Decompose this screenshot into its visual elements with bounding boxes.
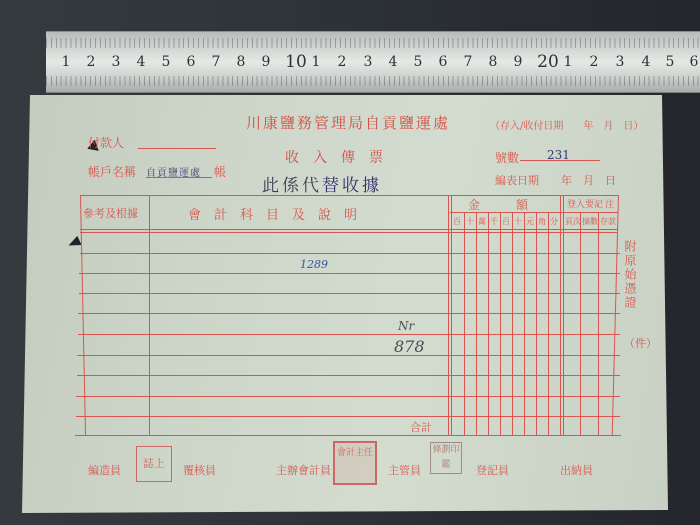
ruler-number: 3 bbox=[104, 54, 128, 70]
col-divider-amount bbox=[560, 195, 561, 435]
handwritten-entry: 1289 bbox=[300, 258, 328, 271]
amount-unit: 分 bbox=[550, 216, 558, 227]
ruler-ticks-top bbox=[46, 38, 700, 48]
ruler-number: 6 bbox=[179, 54, 203, 70]
ruler-number: 7 bbox=[456, 54, 480, 70]
col-divider-desc bbox=[448, 195, 449, 435]
table-row-line bbox=[79, 293, 620, 294]
maker-seal: 誌上 bbox=[136, 446, 172, 482]
ruler-number: 1 bbox=[556, 54, 580, 70]
ruler-number: 5 bbox=[658, 54, 682, 70]
handwritten-entry: Nr bbox=[398, 319, 414, 333]
ruler-number: 1 bbox=[54, 54, 78, 70]
post-subheader: 頁次 bbox=[565, 216, 581, 227]
account-label: 帳戶名稱 bbox=[88, 163, 136, 180]
amount-unit: 千 bbox=[490, 216, 498, 227]
table-row-line bbox=[78, 313, 620, 314]
ruler-number: 3 bbox=[608, 54, 632, 70]
amount-unit: 百 bbox=[502, 216, 510, 227]
col-divider-amount-double bbox=[563, 195, 564, 435]
ruler-number: 2 bbox=[582, 54, 606, 70]
serial-label: 號數 bbox=[495, 149, 519, 166]
ruler-number: 3 bbox=[356, 54, 380, 70]
table-row-line bbox=[76, 396, 620, 397]
amount-digit-line bbox=[488, 212, 489, 435]
issuer-name: 川康鹽務管理局自貢鹽運處 bbox=[246, 112, 450, 133]
voucher-table: 參考及根據 會 計 科 目 及 說 明 金 額 百 十 萬 千 百 十 元 角 … bbox=[80, 195, 620, 435]
amount-digit-line bbox=[512, 212, 513, 435]
table-row-line bbox=[76, 416, 620, 417]
amount-unit: 百 bbox=[453, 216, 461, 227]
ruler-number: 8 bbox=[229, 54, 253, 70]
table-border-left bbox=[80, 195, 86, 435]
amount-digit-line bbox=[464, 212, 465, 435]
post-subheader: 摘數 bbox=[582, 216, 598, 227]
cashier-label: 出納員 bbox=[560, 462, 593, 478]
steel-ruler: 1 2 3 4 5 6 7 8 9 10 1 2 3 4 5 6 7 8 9 2… bbox=[46, 31, 700, 93]
maker-label: 編造員 bbox=[88, 462, 121, 478]
amount-unit: 元 bbox=[526, 216, 534, 227]
table-border-bottom bbox=[75, 435, 621, 436]
ruler-number: 8 bbox=[481, 54, 505, 70]
ruler-number: 2 bbox=[79, 54, 103, 70]
payer-label: 付款人 bbox=[88, 134, 124, 151]
col-header-amount: 金 額 bbox=[468, 196, 528, 213]
amount-unit: 角 bbox=[538, 216, 546, 227]
attachments-note: 附原始憑證 bbox=[622, 240, 639, 310]
post-subheader: 存款 bbox=[600, 216, 616, 227]
ruler-number: 6 bbox=[431, 54, 455, 70]
amount-unit: 十 bbox=[514, 216, 522, 227]
amount-unit: 十 bbox=[466, 216, 474, 227]
amount-unit: 萬 bbox=[478, 216, 486, 227]
amount-digit-line bbox=[500, 212, 501, 435]
fill-date-label: （存入/收付日期 年 月 日） bbox=[490, 117, 643, 132]
table-row-line bbox=[79, 273, 620, 274]
supervisor-seal: 條劃印鑑 bbox=[430, 442, 462, 474]
ruler-number: 9 bbox=[506, 54, 530, 70]
col-header-desc: 會 計 科 目 及 說 明 bbox=[188, 204, 357, 223]
accountant-label: 主辦會計員 bbox=[276, 462, 331, 478]
stamp-text-part1: 此係代 bbox=[262, 176, 322, 196]
table-border-top bbox=[80, 195, 618, 196]
table-row-line bbox=[78, 334, 620, 335]
col-divider-ref bbox=[149, 195, 150, 435]
total-label: 合計 bbox=[410, 419, 432, 435]
account-field-line bbox=[146, 177, 212, 178]
table-row-line bbox=[77, 375, 620, 376]
ruler-number: 5 bbox=[154, 54, 178, 70]
attachments-unit: （件） bbox=[624, 335, 657, 351]
amount-digit-line bbox=[548, 212, 549, 435]
amount-digit-line bbox=[476, 212, 477, 435]
ruler-number: 9 bbox=[254, 54, 278, 70]
ruler-number: 6 bbox=[682, 54, 700, 70]
table-row-line bbox=[77, 355, 620, 356]
ruler-number: 4 bbox=[381, 54, 405, 70]
made-date-label: 編表日期 年 月 日 bbox=[495, 172, 616, 188]
post-sub-line bbox=[598, 212, 599, 435]
ruler-number: 4 bbox=[634, 54, 658, 70]
supervisor-label: 主管員 bbox=[388, 462, 421, 478]
form-title: 收入傳票 bbox=[285, 147, 397, 167]
ruler-number: 7 bbox=[204, 54, 228, 70]
col-header-note: 注 bbox=[605, 197, 614, 210]
post-sub-line bbox=[580, 212, 581, 435]
table-header-divider-double bbox=[80, 232, 618, 233]
table-header-divider bbox=[80, 229, 618, 230]
bookkeeper-label: 登記員 bbox=[476, 462, 509, 478]
substitute-receipt-stamp: 此係代替收據 bbox=[262, 171, 382, 196]
table-row-line bbox=[80, 253, 620, 254]
ruler-number: 4 bbox=[129, 54, 153, 70]
accountant-seal: 會計主任 bbox=[333, 441, 377, 485]
account-suffix: 帳 bbox=[214, 163, 226, 180]
ruler-number: 1 bbox=[304, 54, 328, 70]
handwritten-entry: 878 bbox=[394, 337, 425, 356]
col-divider-desc-double bbox=[451, 195, 452, 435]
ruler-number: 2 bbox=[330, 54, 354, 70]
col-header-ref: 參考及根據 bbox=[83, 205, 138, 221]
payer-field-line bbox=[138, 148, 216, 149]
stamp-text-part2: 替收據 bbox=[322, 176, 382, 196]
ruler-ticks-bottom bbox=[46, 76, 700, 86]
ruler-number: 5 bbox=[406, 54, 430, 70]
col-header-post: 登入要記 bbox=[567, 197, 603, 210]
amount-digit-line bbox=[536, 212, 537, 435]
reviewer-label: 覆核員 bbox=[183, 462, 216, 478]
table-border-right bbox=[612, 195, 619, 435]
serial-value: 231 bbox=[547, 148, 570, 162]
amount-digit-line bbox=[524, 212, 525, 435]
